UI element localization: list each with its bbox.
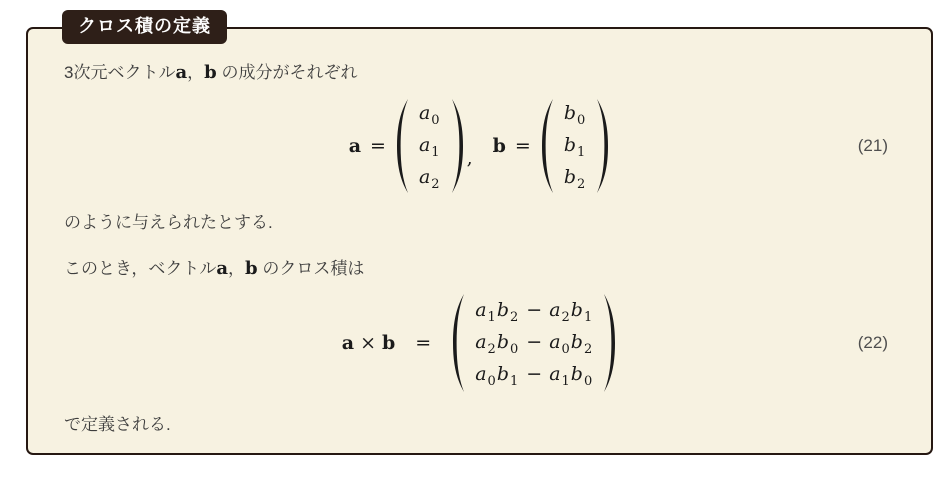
entry-var: a [419,102,430,124]
entry-var: a [419,166,430,188]
definition-box: 3次元ベクトルa，b の成分がそれぞれ a = a0 a1 a2 , b = [26,27,933,455]
equation-22: a × b = a1b2−a2b1 a2b0−a0b2 a0b1−a1b0 (2… [28,289,931,397]
paren-right [595,98,610,194]
math-comma: , [467,147,473,169]
matrix-entry: a1 [419,132,441,161]
after-eq1-line: のように与えられたとする. [28,211,931,235]
vector-b-symbol: b [245,258,258,279]
equation-21-body: a = a0 a1 a2 , b = b0 b [349,98,611,194]
vector-b-symbol: b [204,62,217,83]
entry-sub: 1 [577,145,585,160]
equation-22-body: a × b = a1b2−a2b1 a2b0−a0b2 a0b1−a1b0 [342,293,618,393]
vector-b-symbol: b [382,332,395,354]
equals-sign: = [515,135,531,157]
term-var: b [497,299,509,321]
term-var: a [549,331,560,353]
term-sub: 1 [488,310,496,325]
term-var: b [571,363,583,385]
paren-left [451,293,466,393]
before-eq2-suffix: のクロス積は [258,259,365,278]
equals-sign: = [415,332,431,354]
matrix-a: a0 a1 a2 [410,100,450,193]
term-var: a [475,363,486,385]
term-var: b [497,331,509,353]
matrix-entry: b1 [564,132,586,161]
intro-text-prefix: 3次元ベクトル [64,63,175,82]
term-sub: 0 [584,374,592,389]
paren-left [395,98,410,194]
matrix-row: a1b2−a2b1 [475,297,593,326]
term-sub: 0 [488,374,496,389]
entry-var: a [419,134,430,156]
after-eq2-text: で定義される. [64,415,171,434]
definition-content: 3次元ベクトルa，b の成分がそれぞれ a = a0 a1 a2 , b = [28,29,931,453]
matrix-row: a0b1−a1b0 [475,361,593,390]
matrix-entry: a0 [419,100,441,129]
paren-right [602,293,617,393]
after-eq2-line: で定義される. [28,413,931,437]
term-sub: 0 [562,342,570,357]
term-var: b [497,363,509,385]
term-var: b [571,299,583,321]
entry-sub: 1 [431,145,439,160]
term-var: b [571,331,583,353]
intro-line: 3次元ベクトルa，b の成分がそれぞれ [28,61,931,85]
term-sub: 2 [562,310,570,325]
vector-a-symbol: a [349,135,361,157]
matrix-row: a2b0−a0b2 [475,329,593,358]
term-sub: 2 [510,310,518,325]
minus-sign: − [526,331,542,353]
entry-var: b [564,102,576,124]
equation-21: a = a0 a1 a2 , b = b0 b [28,95,931,197]
cross-product-sign: × [360,332,376,354]
matrix-cross: a1b2−a2b1 a2b0−a0b2 a0b1−a1b0 [466,297,602,390]
term-sub: 1 [510,374,518,389]
before-eq2-line: このとき，ベクトルa，b のクロス積は [28,257,931,281]
matrix-entry: a2 [419,164,441,193]
minus-sign: − [526,299,542,321]
term-var: a [475,331,486,353]
entry-sub: 0 [431,113,439,128]
term-sub: 1 [584,310,592,325]
term-var: a [549,363,560,385]
matrix-entry: b2 [564,164,586,193]
matrix-entry: b0 [564,100,586,129]
equals-sign: = [370,135,386,157]
page: クロス積の定義 3次元ベクトルa，b の成分がそれぞれ a = a0 a1 a2… [0,0,950,480]
before-eq2-comma: ， [228,259,245,278]
vector-b-symbol: b [493,135,506,157]
before-eq2-prefix: このとき，ベクトル [64,259,216,278]
term-var: a [549,299,560,321]
equation-number-22: (22) [858,333,888,353]
entry-var: b [564,134,576,156]
definition-title: クロス積の定義 [78,16,211,36]
entry-sub: 0 [577,113,585,128]
entry-sub: 2 [431,177,439,192]
matrix-b: b0 b1 b2 [555,100,595,193]
definition-title-badge: クロス積の定義 [62,10,227,44]
paren-right [450,98,465,194]
intro-text-suffix: の成分がそれぞれ [217,63,358,82]
vector-a-symbol: a [216,258,228,279]
term-var: a [475,299,486,321]
term-sub: 2 [584,342,592,357]
intro-text-comma: ， [187,63,204,82]
term-sub: 0 [510,342,518,357]
term-sub: 2 [488,342,496,357]
after-eq1-text: のように与えられたとする. [64,213,273,232]
term-sub: 1 [562,374,570,389]
minus-sign: − [526,363,542,385]
paren-left [540,98,555,194]
vector-a-symbol: a [342,332,354,354]
entry-var: b [564,166,576,188]
entry-sub: 2 [577,177,585,192]
vector-a-symbol: a [175,62,187,83]
equation-number-21: (21) [858,136,888,156]
